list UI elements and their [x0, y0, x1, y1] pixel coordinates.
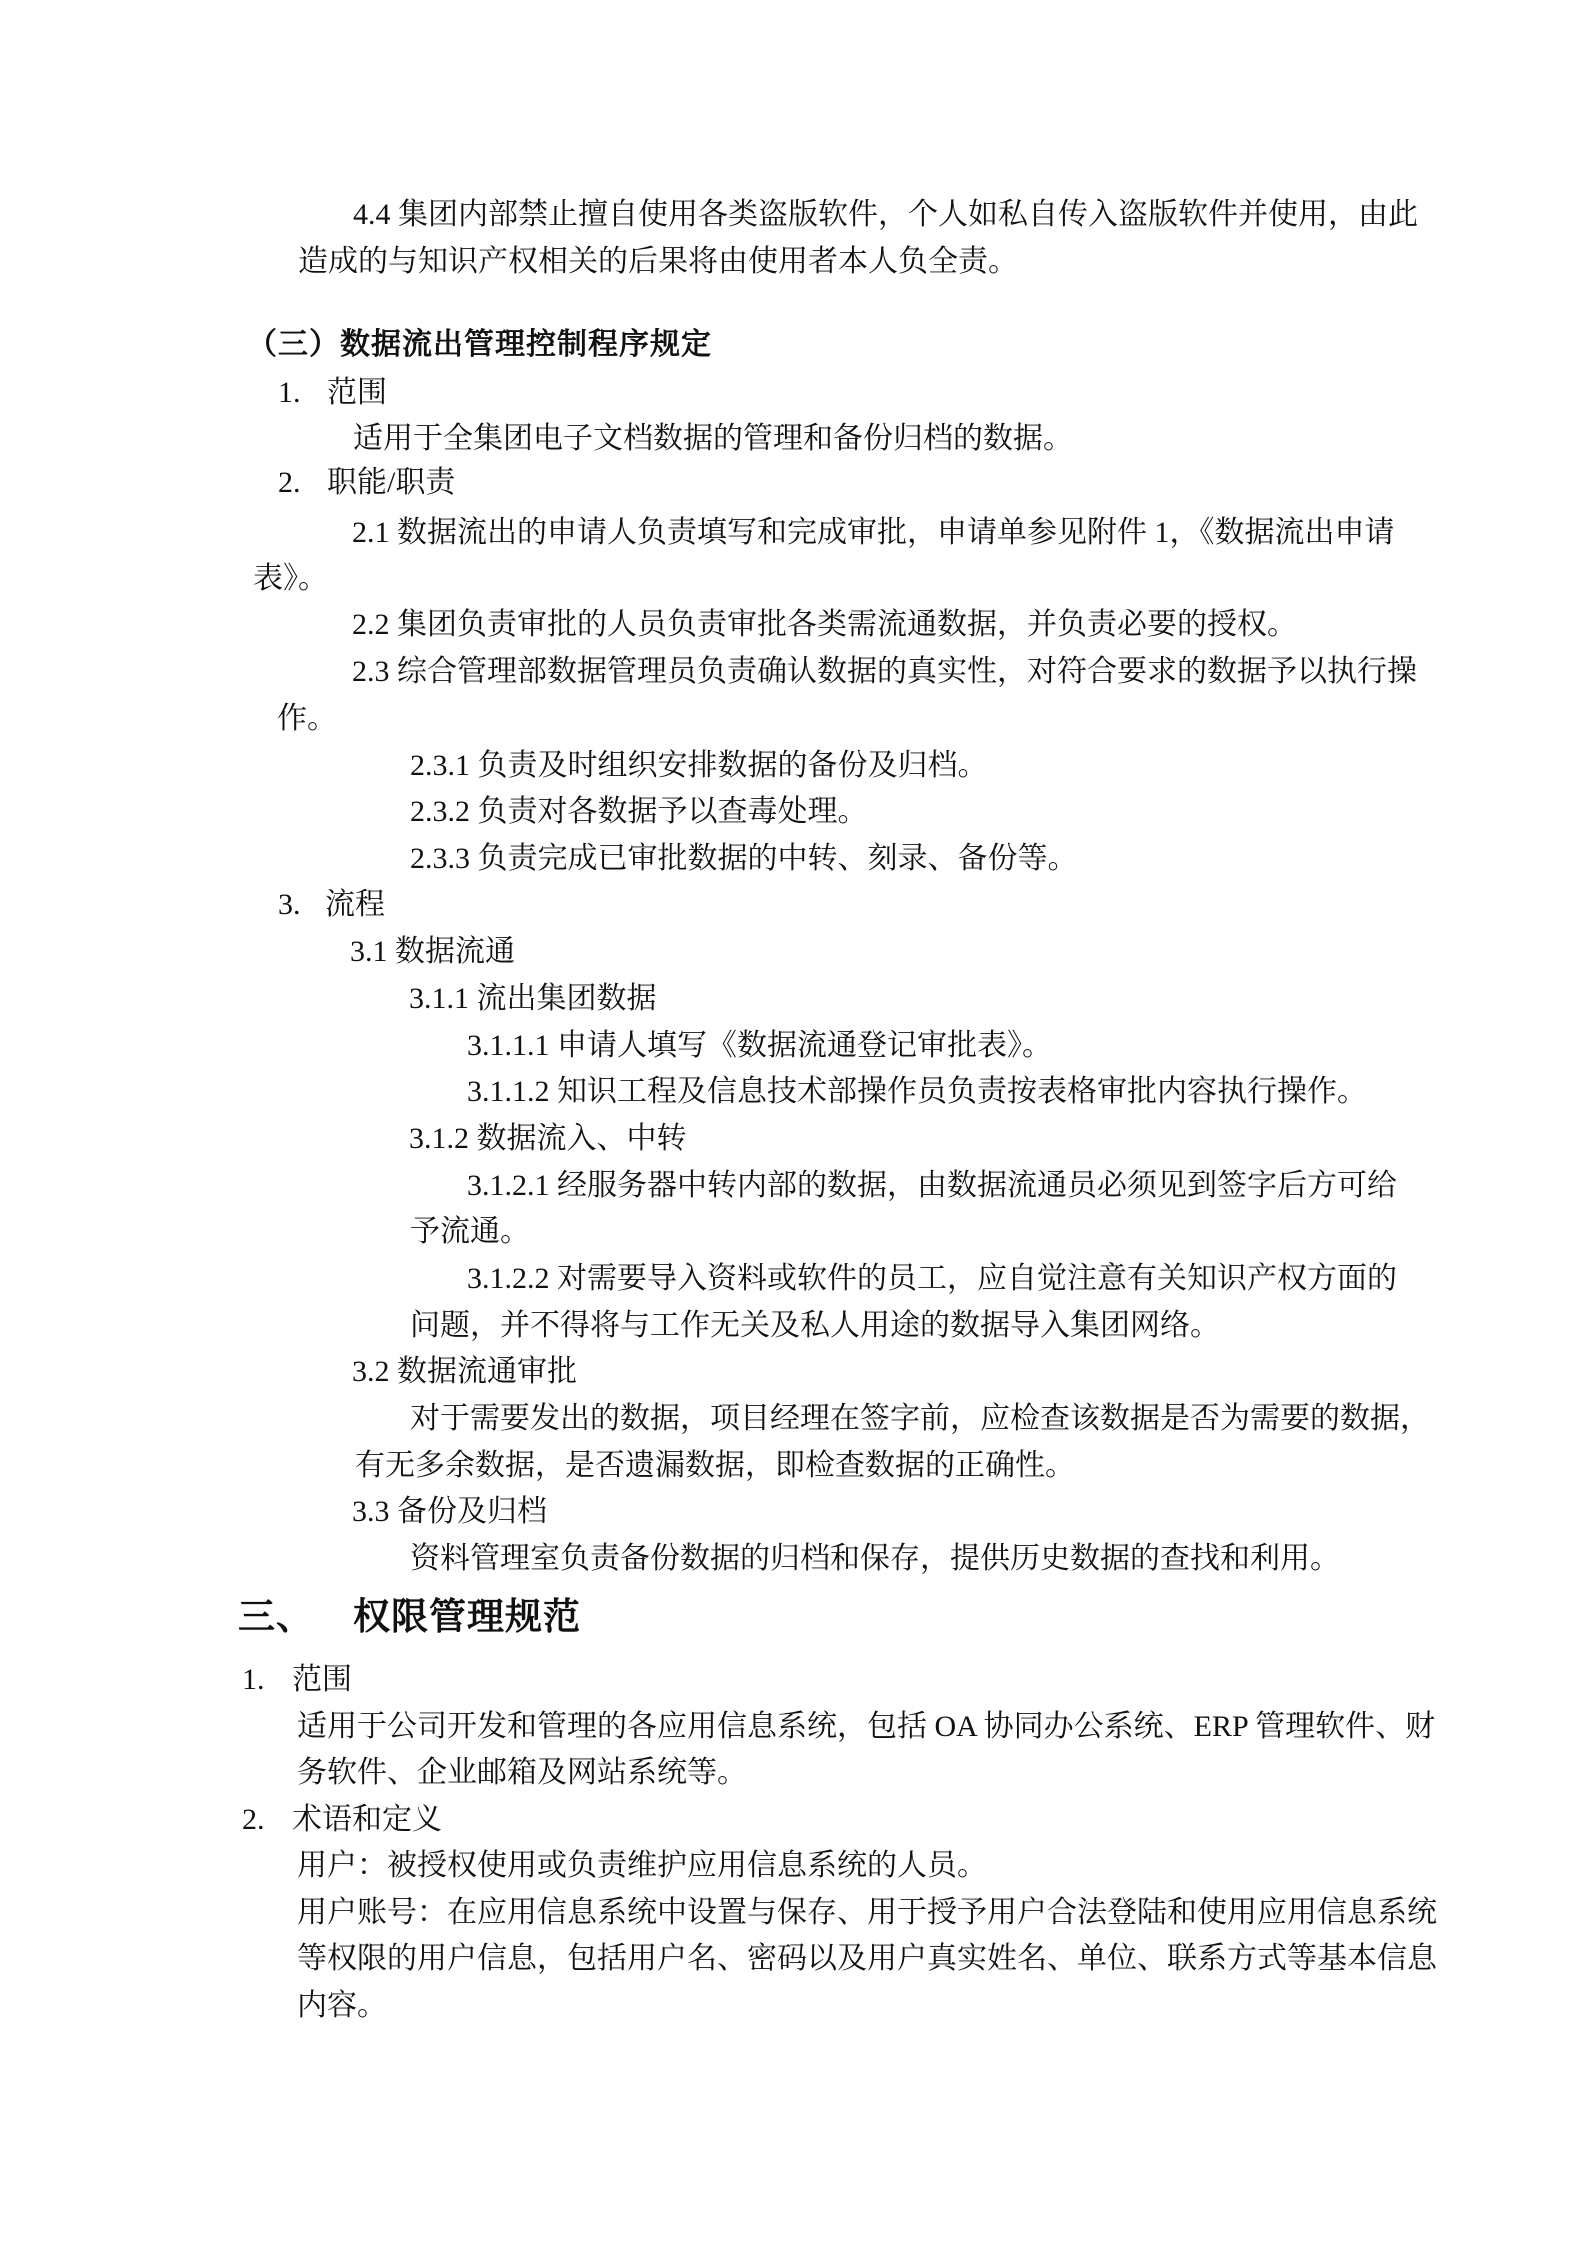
text-line: 职能/职责 — [327, 468, 455, 498]
text-line: 2.3 综合管理部数据管理员负责确认数据的真实性，对符合要求的数据予以执行操 — [352, 657, 1417, 687]
text-line: 3.1.2.1 经服务器中转内部的数据，由数据流通员必须见到签字后方可给 — [467, 1171, 1397, 1201]
text-line: 问题，并不得将与工作无关及私人用途的数据导入集团网络。 — [410, 1311, 1220, 1341]
text-line: 2.1 数据流出的申请人负责填写和完成审批，申请单参见附件 1，《数据流出申请 — [352, 518, 1395, 548]
text-line: 务软件、企业邮箱及网站系统等。 — [297, 1758, 747, 1788]
text-line: 术语和定义 — [292, 1805, 442, 1835]
text-line: 3.1 数据流通 — [350, 937, 515, 967]
text-line: 用户账号：在应用信息系统中设置与保存、用于授予用户合法登陆和使用应用信息系统 — [297, 1898, 1437, 1928]
text-line: 内容。 — [297, 1991, 387, 2021]
text-line: 1. — [242, 1665, 265, 1695]
text-line: 1. — [278, 378, 301, 408]
text-line: 3.1.1.1 申请人填写《数据流通登记审批表》。 — [467, 1031, 1052, 1061]
text-line: 适用于公司开发和管理的各应用信息系统，包括 OA 协同办公系统、ERP 管理软件… — [297, 1712, 1435, 1742]
text-line: 3.3 备份及归档 — [352, 1497, 547, 1527]
text-line: 流程 — [325, 890, 385, 920]
text-line: 2. — [242, 1805, 265, 1835]
text-line: 适用于全集团电子文档数据的管理和备份归档的数据。 — [353, 424, 1073, 454]
text-line: 资料管理室负责备份数据的归档和保存，提供历史数据的查找和利用。 — [410, 1544, 1340, 1574]
document-page: 4.4 集团内部禁止擅自使用各类盗版软件，个人如私自传入盗版软件并使用，由此造成… — [0, 0, 1587, 2245]
text-line: 有无多余数据，是否遗漏数据，即检查数据的正确性。 — [355, 1451, 1075, 1481]
text-line: 范围 — [292, 1665, 352, 1695]
text-line: 2.3.2 负责对各数据予以查毒处理。 — [410, 797, 868, 827]
text-line: 范围 — [327, 378, 387, 408]
section-heading: 权限管理规范 — [353, 1598, 581, 1635]
text-line: 2. — [278, 468, 301, 498]
text-line: 3.1.1.2 知识工程及信息技术部操作员负责按表格审批内容执行操作。 — [467, 1077, 1367, 1107]
text-line: 用户：被授权使用或负责维护应用信息系统的人员。 — [297, 1851, 987, 1881]
section-heading: 三、 — [238, 1598, 314, 1635]
text-line: 3.2 数据流通审批 — [352, 1357, 577, 1387]
text-line: 作。 — [277, 704, 337, 734]
text-line: 2.2 集团负责审批的人员负责审批各类需流通数据，并负责必要的授权。 — [352, 610, 1297, 640]
text-line: 3. — [278, 890, 301, 920]
text-line: 等权限的用户信息，包括用户名、密码以及用户真实姓名、单位、联系方式等基本信息 — [297, 1944, 1437, 1974]
text-line: 表》。 — [253, 564, 328, 594]
text-line: 3.1.2 数据流入、中转 — [409, 1124, 687, 1154]
text-line: 4.4 集团内部禁止擅自使用各类盗版软件，个人如私自传入盗版软件并使用，由此 — [353, 200, 1418, 230]
text-line: 3.1.1 流出集团数据 — [409, 984, 657, 1014]
text-line: 2.3.3 负责完成已审批数据的中转、刻录、备份等。 — [410, 844, 1078, 874]
text-line: 3.1.2.2 对需要导入资料或软件的员工，应自觉注意有关知识产权方面的 — [467, 1264, 1397, 1294]
subsection-heading: （三）数据流出管理控制程序规定 — [247, 330, 712, 360]
text-line: 2.3.1 负责及时组织安排数据的备份及归档。 — [410, 751, 988, 781]
text-line: 对于需要发出的数据，项目经理在签字前，应检查该数据是否为需要的数据， — [410, 1404, 1430, 1434]
text-line: 予流通。 — [410, 1217, 530, 1247]
text-line: 造成的与知识产权相关的后果将由使用者本人负全责。 — [298, 247, 1018, 277]
